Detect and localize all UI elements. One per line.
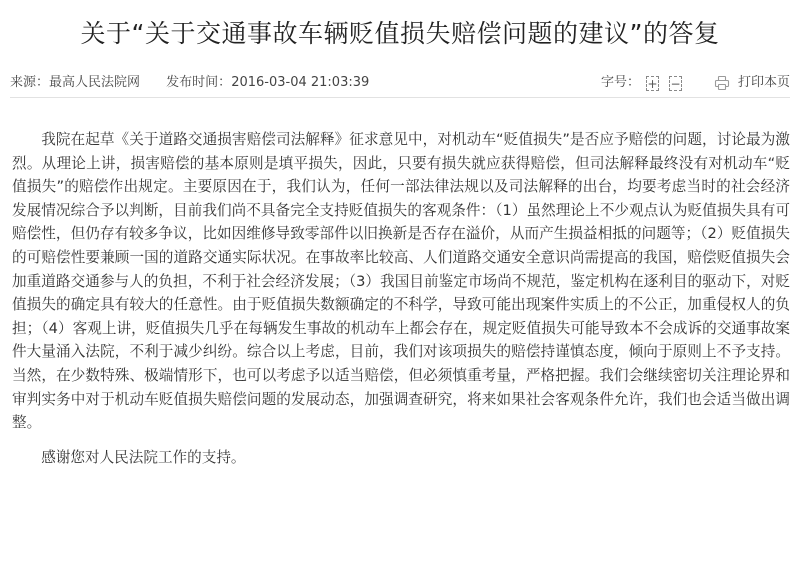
font-increase-button[interactable]: + [646,76,659,91]
article-body: 我院在起草《关于道路交通损害赔偿司法解释》征求意见中，对机动车“贬值损失”是否应… [12,128,790,469]
article-meta-bar: 来源：最高人民法院网 发布时间：2016-03-04 21:03:39 字号： … [10,72,790,94]
font-size-label: 字号： [601,72,640,94]
print-page-button[interactable]: 打印本页 [714,72,790,94]
article-tools: 字号： + − 打印本页 [601,72,790,94]
article-paragraph-main: 我院在起草《关于道路交通损害赔偿司法解释》征求意见中，对机动车“贬值损失”是否应… [12,128,790,435]
source-label: 来源： [10,75,49,90]
publish-time: 2016-03-04 21:03:39 [231,75,369,90]
article-paragraph-thanks: 感谢您对人民法院工作的支持。 [12,446,790,470]
article-title: 关于“关于交通事故车辆贬值损失赔偿问题的建议”的答复 [0,14,800,54]
meta-divider [10,97,790,98]
print-page-label: 打印本页 [738,72,790,94]
source-value: 最高人民法院网 [49,75,140,90]
article-meta-left: 来源：最高人民法院网 发布时间：2016-03-04 21:03:39 [10,72,369,94]
publish-label: 发布时间： [166,75,231,90]
font-decrease-button[interactable]: − [669,76,682,91]
printer-icon [714,75,730,91]
